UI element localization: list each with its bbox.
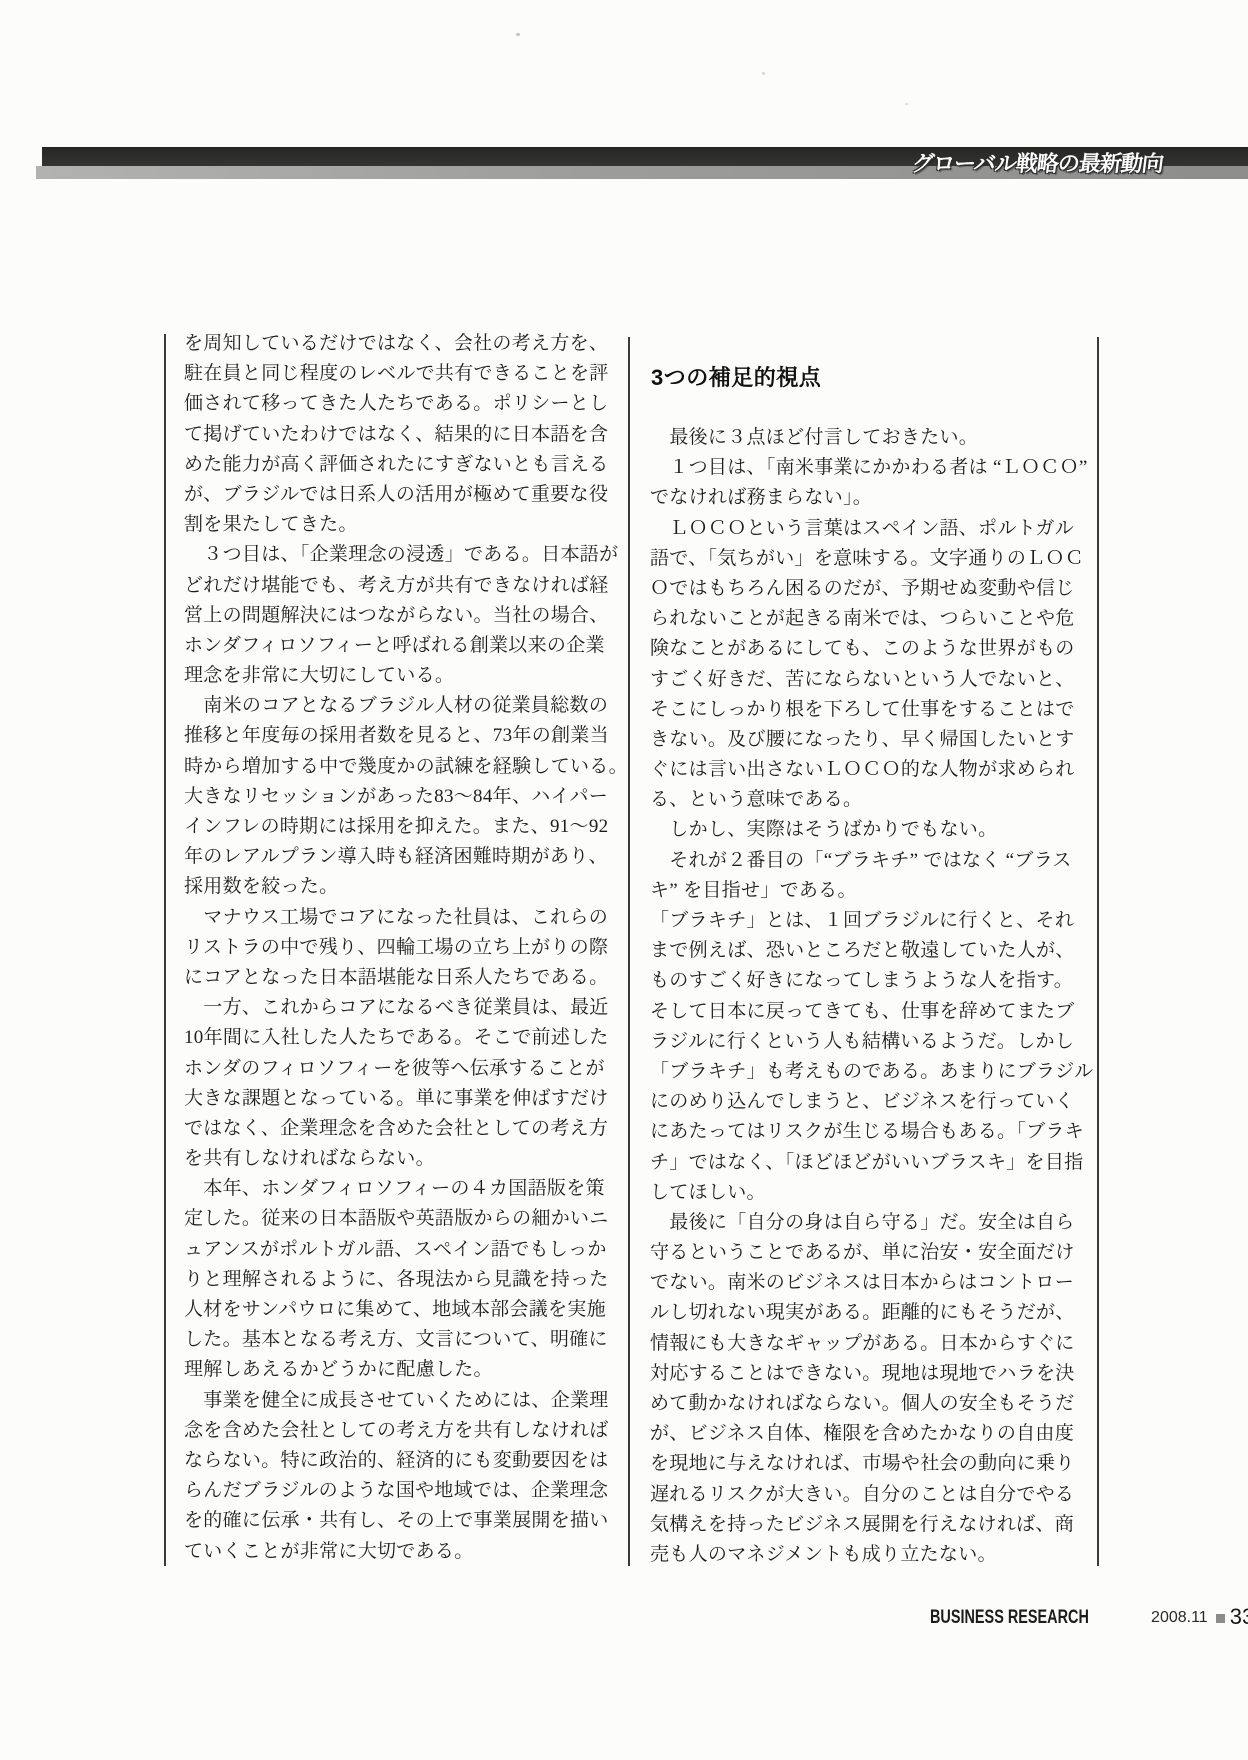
text-line: 念を含めた会社としての考え方を共有しなければ xyxy=(184,1416,618,1446)
text-line: 定した。従来の日本語版や英語版からの細かいニ xyxy=(184,1204,618,1234)
text-line: 気構えを持ったビジネス展開を行えなければ、商 xyxy=(650,1510,1084,1540)
text-line: を現地に与えなければ、市場や社会の動向に乗り xyxy=(650,1449,1084,1479)
text-line: 最後に「自分の身は自ら守る」だ。安全は自ら xyxy=(650,1208,1084,1238)
text-line: 遅れるリスクが大きい。自分のことは自分でやる xyxy=(650,1480,1084,1510)
text-line: 守るということであるが、単に治安・安全面だけ xyxy=(650,1238,1084,1268)
footer-page-number: 33 xyxy=(1230,1605,1248,1629)
text-line: ホンダフィロソフィーと呼ばれる創業以来の企業 xyxy=(184,631,618,661)
text-line: ぐには言い出さないＬＯＣＯ的な人物が求められ xyxy=(650,755,1084,785)
text-line: ていくことが非常に大切である。 xyxy=(184,1537,618,1567)
text-line: 割を果たしてきた。 xyxy=(184,510,618,540)
text-line: そして日本に戻ってきても、仕事を辞めてまたブ xyxy=(650,997,1084,1027)
text-line: チ」ではなく、「ほどほどがいいブラスキ」を目指 xyxy=(650,1148,1084,1178)
scan-speck xyxy=(905,103,908,105)
text-line: ホンダのフィロソフィーを彼等へ伝承することが xyxy=(184,1054,618,1084)
text-line: それが２番目の「“ブラキチ” ではなく “ブラス xyxy=(650,846,1084,876)
text-line: Ｏではもちろん困るのだが、予期せぬ変動や信じ xyxy=(650,574,1084,604)
article-left-column: を周知しているだけではなく、会社の考え方を、駐在員と同じ程度のレベルで共有できる… xyxy=(184,329,618,1567)
text-line: 10年間に入社した人たちである。そこで前述した xyxy=(184,1023,618,1053)
text-line: が、ブラジルでは日系人の活用が極めて重要な役 xyxy=(184,480,618,510)
text-line: そこにしっかり根を下ろして仕事をすることはで xyxy=(650,695,1084,725)
text-line: ３つ目は、「企業理念の浸透」である。日本語が xyxy=(184,540,618,570)
text-line: らんだブラジルのような国や地域では、企業理念 xyxy=(184,1476,618,1506)
text-line: 人材をサンパウロに集めて、地域本部会議を実施 xyxy=(184,1295,618,1325)
text-line: りと理解されるように、各現法から見識を持った xyxy=(184,1265,618,1295)
text-line: 売も人のマネジメントも成り立たない。 xyxy=(650,1540,1084,1570)
journal-logo: BUSINESS RESEARCH xyxy=(930,1607,1089,1629)
text-line: リストラの中で残り、四輪工場の立ち上がりの際 xyxy=(184,933,618,963)
page-footer: BUSINESS RESEARCH 2008.11 33 xyxy=(930,1605,1248,1629)
text-line: めて動かなければならない。個人の安全もそうだ xyxy=(650,1389,1084,1419)
text-line: 駐在員と同じ程度のレベルで共有できることを評 xyxy=(184,359,618,389)
text-line: 時から増加する中で幾度かの試練を経験している。 xyxy=(184,752,618,782)
text-line: 情報にも大きなギャップがある。日本からすぐに xyxy=(650,1329,1084,1359)
text-line: でない。南米のビジネスは日本からはコントロー xyxy=(650,1268,1084,1298)
text-line: 対応することはできない。現地は現地でハラを決 xyxy=(650,1359,1084,1389)
text-line: 年のレアルプラン導入時も経済困難時期があり、 xyxy=(184,842,618,872)
text-line: 事業を健全に成長させていくためには、企業理 xyxy=(184,1386,618,1416)
text-line: 大きな課題となっている。単に事業を伸ばすだけ xyxy=(184,1084,618,1114)
text-line: 険なことがあるにしても、このような世界がもの xyxy=(650,634,1084,664)
text-line: ュアンスがポルトガル語、スペイン語でもしっか xyxy=(184,1235,618,1265)
text-line: 南米のコアとなるブラジル人材の従業員総数の xyxy=(184,691,618,721)
text-line: 営上の問題解決にはつながらない。当社の場合、 xyxy=(184,601,618,631)
text-line: にコアとなった日本語堪能な日系人たちである。 xyxy=(184,963,618,993)
text-line: ルし切れない現実がある。距離的にもそうだが、 xyxy=(650,1298,1084,1328)
text-line: キ” を目指せ」である。 xyxy=(650,876,1084,906)
section-heading: 3つの補足的視点 xyxy=(651,361,821,392)
article-right-column: 最後に３点ほど付言しておきたい。 １つ目は、「南米事業にかかわる者は “ＬＯＣＯ… xyxy=(650,423,1084,1570)
text-line: て掲げていたわけではなく、結果的に日本語を含 xyxy=(184,420,618,450)
scan-speck xyxy=(762,72,765,75)
text-line: 採用数を絞った。 xyxy=(184,872,618,902)
text-line: しかし、実際はそうばかりでもない。 xyxy=(650,815,1084,845)
text-line: にのめり込んでしまうと、ビジネスを行っていく xyxy=(650,1087,1084,1117)
text-line: した。基本となる考え方、文言について、明確に xyxy=(184,1325,618,1355)
text-line: どれだけ堪能でも、考え方が共有できなければ経 xyxy=(184,571,618,601)
magazine-page: グローバル戦略の最新動向 を周知しているだけではなく、会社の考え方を、駐在員と同… xyxy=(0,0,1248,1760)
text-line: めた能力が高く評価されたにすぎないとも言える xyxy=(184,450,618,480)
text-line: ではなく、企業理念を含めた会社としての考え方 xyxy=(184,1114,618,1144)
footer-square-icon xyxy=(1216,1614,1225,1623)
text-line: でなければ務まらない」。 xyxy=(650,483,1084,513)
text-line: すごく好きだ、苦にならないという人でないと、 xyxy=(650,665,1084,695)
text-line: ＬＯＣＯという言葉はスペイン語、ポルトガル xyxy=(650,514,1084,544)
text-line: る、という意味である。 xyxy=(650,785,1084,815)
text-line: 価されて移ってきた人たちである。ポリシーとし xyxy=(184,389,618,419)
text-line: にあたってはリスクが生じる場合もある。「ブラキ xyxy=(650,1117,1084,1147)
footer-issue: 2008.11 xyxy=(1151,1607,1208,1629)
center-column-rule xyxy=(628,337,630,1566)
text-line: 語で、「気ちがい」を意味する。文字通りのＬＯＣ xyxy=(650,544,1084,574)
text-line: 本年、ホンダフィロソフィーの４カ国語版を策 xyxy=(184,1174,618,1204)
text-line: 推移と年度毎の採用者数を見ると、73年の創業当 xyxy=(184,721,618,751)
text-line: １つ目は、「南米事業にかかわる者は “ＬＯＣＯ” xyxy=(650,453,1084,483)
text-line: 最後に３点ほど付言しておきたい。 xyxy=(650,423,1084,453)
text-line: 一方、これからコアになるべき従業員は、最近 xyxy=(184,993,618,1023)
section-banner-title: グローバル戦略の最新動向 xyxy=(910,148,1165,180)
text-line: マナウス工場でコアになった社員は、これらの xyxy=(184,903,618,933)
text-line: を的確に伝承・共有し、その上で事業展開を描い xyxy=(184,1506,618,1536)
scan-speck xyxy=(516,33,520,36)
text-line: 大きなリセッションがあった83〜84年、ハイパー xyxy=(184,782,618,812)
text-line: インフレの時期には採用を抑えた。また、91〜92 xyxy=(184,812,618,842)
text-line: 理解しあえるかどうかに配慮した。 xyxy=(184,1355,618,1385)
text-line: ものすごく好きになってしまうような人を指す。 xyxy=(650,966,1084,996)
text-line: が、ビジネス自体、権限を含めたかなりの自由度 xyxy=(650,1419,1084,1449)
left-column-rule xyxy=(164,334,166,1566)
text-line: ならない。特に政治的、経済的にも変動要因をは xyxy=(184,1446,618,1476)
text-line: 「ブラキチ」とは、１回ブラジルに行くと、それ xyxy=(650,906,1084,936)
text-line: を周知しているだけではなく、会社の考え方を、 xyxy=(184,329,618,359)
text-line: 理念を非常に大切にしている。 xyxy=(184,661,618,691)
text-line: きない。及び腰になったり、早く帰国したいとす xyxy=(650,725,1084,755)
right-column-rule xyxy=(1097,337,1099,1566)
text-line: 「ブラキチ」も考えものである。あまりにブラジル xyxy=(650,1057,1084,1087)
text-line: を共有しなければならない。 xyxy=(184,1144,618,1174)
text-line: まで例えば、恐いところだと敬遠していた人が、 xyxy=(650,936,1084,966)
text-line: してほしい。 xyxy=(650,1178,1084,1208)
text-line: ラジルに行くという人も結構いるようだ。しかし xyxy=(650,1027,1084,1057)
text-line: られないことが起きる南米では、つらいことや危 xyxy=(650,604,1084,634)
